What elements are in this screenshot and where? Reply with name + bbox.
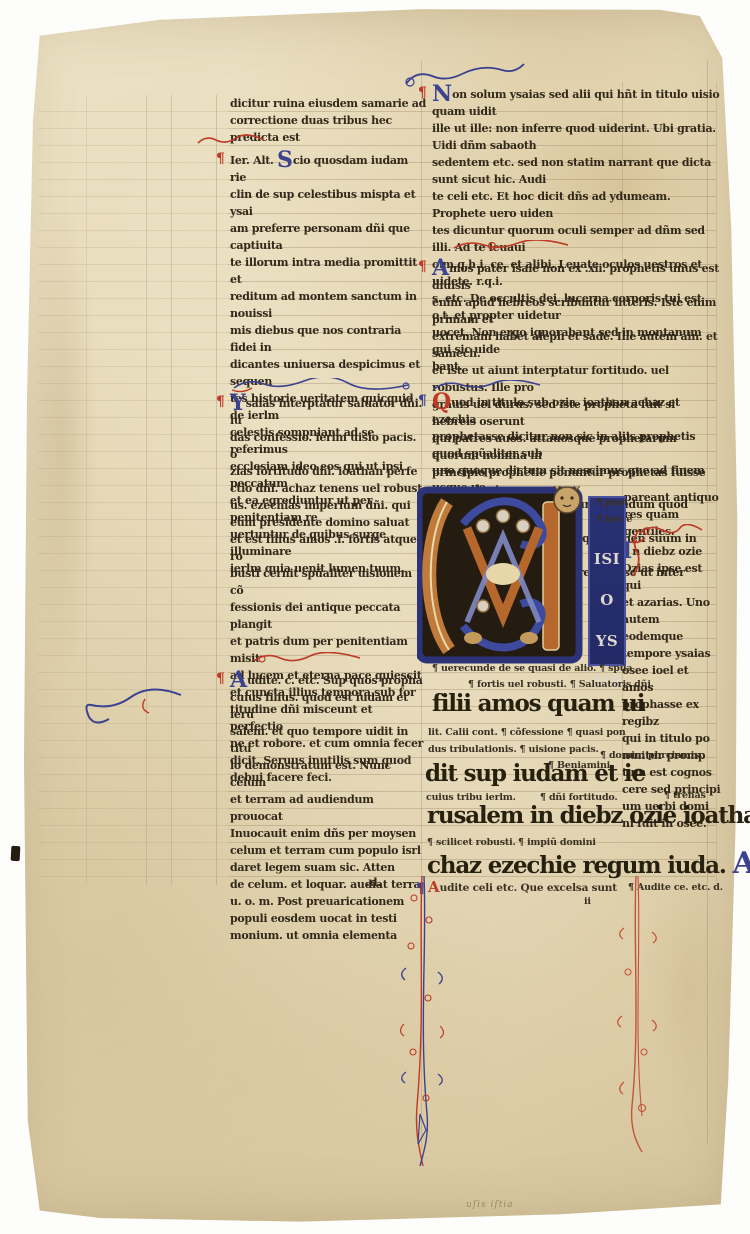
gloss-text: pareant antiquo res quam gentiles. — [624, 489, 720, 540]
gloss-note: ¶ hec ē — [596, 514, 632, 525]
gloss-text: on solum ysaias sed alii qui hñt in titu… — [432, 88, 719, 118]
lombard-initial: A — [428, 878, 440, 896]
gloss-text: n diebz ozie — [632, 545, 702, 558]
bible-text-line: chaz ezechie regum iuda. Audi — [427, 846, 750, 881]
gloss-heading: Ier. Alt. — [230, 154, 277, 167]
cat-mask-icon — [553, 486, 581, 513]
lombard-initial: Q — [432, 389, 451, 415]
lombard-initial: Y — [230, 390, 246, 416]
gloss-text: saias interptatur saluator dñi. iu — [230, 397, 422, 427]
paragraph-mark-icon: ¶ — [416, 882, 425, 897]
bible-text: chaz ezechie regum iuda. — [427, 852, 733, 879]
gloss-audite-celi: ¶Audite celi etc. Que excelsa sunt — [428, 882, 617, 894]
footer-scribble: uſis iſtia — [466, 1200, 514, 1210]
gloss-left-intro: dicitur ruina eiusdem samarie ad correct… — [230, 95, 426, 146]
gloss-left-para-audite: ¶Audite. c. etc. Sup quos propha cuius f… — [230, 672, 426, 944]
paragraph-mark-icon: ¶ — [216, 395, 225, 410]
paragraph-mark-icon: ¶ — [418, 260, 427, 275]
lombard-initial: A — [432, 255, 449, 281]
quire-mark: ii — [584, 896, 591, 907]
gloss-margin-continuation: pareant antiquo res quam gentiles. — [624, 489, 720, 540]
illuminated-initial-u — [417, 486, 589, 664]
section-end-mark: .d. — [366, 876, 381, 889]
interlinear-gloss: ¶ fortis uel robusti. ¶ Saluatoris dñi. — [468, 679, 654, 690]
bible-text-line: dit sup iudam et ie — [425, 760, 645, 787]
interlinear-gloss: ¶ trenas — [664, 790, 706, 801]
leaf-edge-mark — [11, 846, 21, 861]
bible-text-line: rusalem in diebz ozie ioathan a — [427, 802, 750, 829]
manuscript-page: dicitur ruina eiusdem samarie ad correct… — [0, 0, 750, 1234]
gloss-note: ¶ puat — [596, 497, 628, 508]
gloss-text: udite celi etc. Que excelsa sunt — [440, 882, 617, 894]
bible-text-line: filii amos quam ui — [432, 690, 644, 717]
paragraph-mark-icon: ¶ — [216, 152, 225, 167]
interlinear-gloss: ¶ uerecunde de se quasi de alio. ¶ spũa — [432, 663, 632, 674]
gloss-text: udite. c. etc. Sup quos propha — [247, 674, 423, 687]
paragraph-mark-icon: ¶ — [216, 672, 225, 687]
paragraph-mark-icon: ¶ — [418, 86, 427, 101]
lombard-initial: N — [432, 81, 452, 107]
gloss-text: mos pater isaie non ex .xii. prophetis u… — [432, 262, 719, 292]
paragraph-mark-icon: ¶ — [418, 394, 427, 409]
gloss-text: cuius filius. quod est iudam et ieru sal… — [230, 689, 426, 944]
lombard-initial: S — [277, 147, 293, 173]
interlinear-gloss: lit. Calii cont. ¶ cõfessione ¶ quasi po… — [428, 727, 626, 738]
interlinear-gloss: dus tribulationis. ¶ uisione pacis. — [428, 744, 599, 755]
decorated-initial-a: A — [733, 846, 750, 881]
gloss-text: dicitur ruina eiusdem samarie ad correct… — [230, 95, 426, 146]
gloss-note: ¶ Audite ce. etc. d. — [628, 882, 723, 893]
gloss-text: uod in titulo sub ozia. ioathan achaz et… — [432, 396, 680, 426]
